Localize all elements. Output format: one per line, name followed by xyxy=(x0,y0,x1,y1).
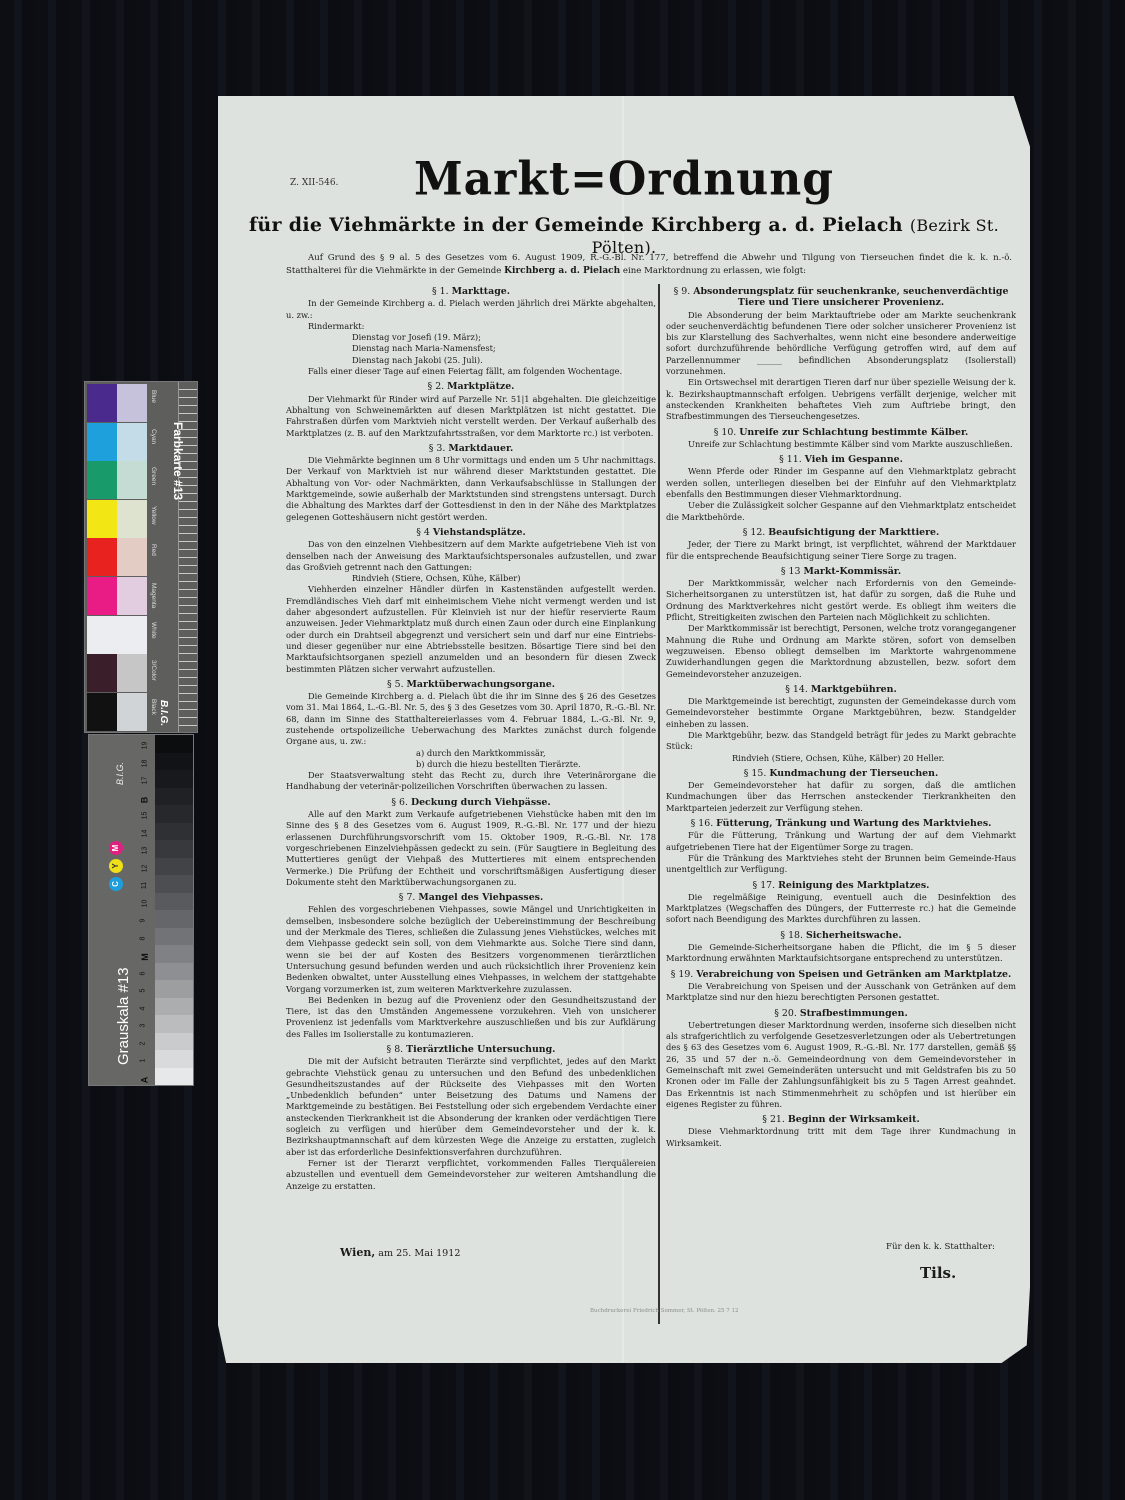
color-patch-label: White xyxy=(150,622,157,639)
grey-step xyxy=(155,788,193,806)
section-title: Beginn der Wirksamkeit. xyxy=(788,1114,920,1125)
grey-step-label: 11 xyxy=(141,882,148,889)
section-number: § 12. xyxy=(743,527,766,538)
section: § 18. Sicherheitswache.Die Gemeinde-Sich… xyxy=(666,930,1016,965)
grey-step-label: 6 xyxy=(139,971,146,975)
section-paragraph: Die Verabreichung von Speisen und der Au… xyxy=(666,981,1016,1004)
signature-name: Tils. xyxy=(920,1264,956,1282)
list-item: Rindvieh (Stiere, Ochsen, Kühe, Kälber) xyxy=(286,573,656,584)
section: § 17. Reinigung des Marktplatzes.Die reg… xyxy=(666,880,1016,926)
section-number: § 16. xyxy=(691,818,714,829)
section-paragraph: Die Viehmärkte beginnen um 8 Uhr vormitt… xyxy=(286,455,656,523)
section: § 11. Vieh im Gespanne.Wenn Pferde oder … xyxy=(666,454,1016,523)
section-paragraph: Die Marktgemeinde ist berechtigt, zuguns… xyxy=(666,696,1016,730)
section: § 15. Kundmachung der Tierseuchen.Der Ge… xyxy=(666,768,1016,814)
grey-step-label: 18 xyxy=(141,759,148,767)
list-item: Dienstag vor Josefi (19. März); xyxy=(286,332,656,343)
color-patch-label: Cyan xyxy=(150,429,157,444)
color-patch xyxy=(87,693,117,731)
section-heading: § 6. Deckung durch Viehpässe. xyxy=(286,797,656,808)
section-paragraph: Die Absonderung der beim Marktauftriebe … xyxy=(666,310,1016,378)
section-number: § 14. xyxy=(785,684,808,695)
grey-step-label: 10 xyxy=(141,899,148,907)
grey-step xyxy=(155,753,193,771)
color-patch-tint xyxy=(117,500,147,538)
color-patch-label: Blue xyxy=(150,390,157,403)
section-paragraph: Ueber die Zulässigkeit solcher Gespanne … xyxy=(666,500,1016,523)
section-paragraph: Die Marktgebühr, bezw. das Standgeld bet… xyxy=(666,730,1016,753)
color-patch xyxy=(87,500,117,538)
grey-step xyxy=(155,805,193,823)
section: § 20. Strafbestimmungen.Uebertretungen d… xyxy=(666,1008,1016,1111)
color-patch xyxy=(87,654,117,692)
section-paragraph: Falls einer dieser Tage auf einen Feiert… xyxy=(286,366,656,377)
section: § 3. Marktdauer.Die Viehmärkte beginnen … xyxy=(286,443,656,523)
section: § 13 Markt-Kommissär.Der Marktkommissär,… xyxy=(666,566,1016,680)
section-number: § 11. xyxy=(779,454,802,465)
section: § 6. Deckung durch Viehpässe.Alle auf de… xyxy=(286,797,656,888)
section-title: Markt-Kommissär. xyxy=(803,566,901,577)
section-heading: § 5. Marktüberwachungsorgane. xyxy=(286,679,656,690)
grey-step-label: 2 xyxy=(139,1041,146,1045)
section-heading: § 7. Mangel des Viehpasses. xyxy=(286,892,656,903)
list-item: a) durch den Marktkommissär, xyxy=(286,748,656,759)
magenta-dot-icon: M xyxy=(109,841,123,855)
section-paragraph: Ein Ortswechsel mit derartigen Tieren da… xyxy=(666,377,1016,422)
grey-step-label: M xyxy=(140,953,150,961)
section-heading: § 21. Beginn der Wirksamkeit. xyxy=(666,1114,1016,1125)
grey-step xyxy=(155,1068,193,1086)
grey-scale-strip xyxy=(155,735,193,1085)
section-title: Marktüberwachungsorgane. xyxy=(407,679,556,690)
section: § 14. Marktgebühren.Die Marktgemeinde is… xyxy=(666,684,1016,764)
grey-step-label: B xyxy=(139,796,149,803)
section-title: Verabreichung von Speisen und Getränken … xyxy=(696,969,1011,980)
list-item: b) durch die hiezu bestellten Tierärzte. xyxy=(286,759,656,770)
section-title: Vieh im Gespanne. xyxy=(805,454,903,465)
section-number: § 9. xyxy=(674,286,691,297)
intro-bold-location: Kirchberg a. d. Pielach xyxy=(504,266,620,276)
section-paragraph: Für die Fütterung, Tränkung und Wartung … xyxy=(666,830,1016,853)
section-heading: § 15. Kundmachung der Tierseuchen. xyxy=(666,768,1016,779)
section-paragraph: In der Gemeinde Kirchberg a. d. Pielach … xyxy=(286,298,656,321)
section-paragraph: Die Gemeinde Kirchberg a. d. Pielach übt… xyxy=(286,691,656,747)
section: § 1. Markttage.In der Gemeinde Kirchberg… xyxy=(286,286,656,377)
section-heading: § 14. Marktgebühren. xyxy=(666,684,1016,695)
section-paragraph: Fehlen des vorgeschriebenen Viehpasses, … xyxy=(286,904,656,994)
color-patch-tint xyxy=(117,538,147,576)
grey-step xyxy=(155,945,193,963)
section-paragraph: Alle auf den Markt zum Verkaufe aufgetri… xyxy=(286,809,656,888)
section-heading: § 17. Reinigung des Marktplatzes. xyxy=(666,880,1016,891)
section-paragraph: Unreife zur Schlachtung bestimmte Kälber… xyxy=(666,439,1016,450)
section-title: Absonderungsplatz für seuchenkranke, seu… xyxy=(693,286,1008,308)
section-number: § 10. xyxy=(714,427,737,438)
yellow-dot-icon: Y xyxy=(109,859,123,873)
grey-step-label: 12 xyxy=(141,864,148,872)
section-heading: § 18. Sicherheitswache. xyxy=(666,930,1016,941)
grey-step xyxy=(155,980,193,998)
section-title: Tierärztliche Untersuchung. xyxy=(406,1044,555,1055)
section-heading: § 20. Strafbestimmungen. xyxy=(666,1008,1016,1019)
grey-step xyxy=(155,875,193,893)
date: am 25. Mai 1912 xyxy=(378,1248,460,1259)
color-patch xyxy=(87,538,117,576)
section-number: § 15. xyxy=(744,768,767,779)
section-title: Fütterung, Tränkung und Wartung des Mark… xyxy=(716,818,991,829)
grey-step xyxy=(155,770,193,788)
section: § 19. Verabreichung von Speisen und Getr… xyxy=(666,969,1016,1004)
grey-step-label: 13 xyxy=(141,847,148,855)
section-heading: § 1. Markttage. xyxy=(286,286,656,297)
section-number: § 18. xyxy=(780,930,803,941)
section: § 10. Unreife zur Schlachtung bestimmte … xyxy=(666,427,1016,451)
section-title: Unreife zur Schlachtung bestimmte Kälber… xyxy=(739,427,968,438)
grey-step xyxy=(155,1033,193,1051)
list-item: Rindvieh (Stiere, Ochsen, Kühe, Kälber) … xyxy=(666,753,1016,764)
list-item: Dienstag nach Maria-Namensfest; xyxy=(286,343,656,354)
section-title: Marktdauer. xyxy=(448,443,513,454)
grey-step-label: A xyxy=(139,1076,149,1083)
right-column: § 9. Absonderungsplatz für seuchenkranke… xyxy=(666,286,1016,1153)
section-heading: § 16. Fütterung, Tränkung und Wartung de… xyxy=(666,818,1016,829)
place: Wien, xyxy=(340,1246,375,1259)
section-paragraph: Bei Bedenken in bezug auf die Provenienz… xyxy=(286,995,656,1040)
section-number: § 4 xyxy=(416,527,430,538)
section-title: Markttage. xyxy=(452,286,510,297)
list-item: Dienstag nach Jakobi (25. Juli). xyxy=(286,355,656,366)
color-patch-label: Red xyxy=(150,544,157,556)
cyan-dot-icon: C xyxy=(109,877,123,891)
color-patch-label: Yellow xyxy=(150,506,157,525)
place-and-date: Wien, am 25. Mai 1912 xyxy=(340,1246,460,1259)
section-paragraph: Der Staatsverwaltung steht das Recht zu,… xyxy=(286,770,656,793)
document-sheet: Z. XII-546. Markt=Ordnung für die Viehmä… xyxy=(218,96,1030,1363)
color-patch xyxy=(87,461,117,499)
section-number: § 13 xyxy=(781,566,801,577)
section-heading: § 13 Markt-Kommissär. xyxy=(666,566,1016,577)
section: § 8. Tierärztliche Untersuchung.Die mit … xyxy=(286,1044,656,1192)
grey-step-label: 15 xyxy=(141,812,148,820)
color-patch-label: Magenta xyxy=(150,583,157,608)
document-title: Markt=Ordnung xyxy=(218,153,1030,207)
section: § 5. Marktüberwachungsorgane.Die Gemeind… xyxy=(286,679,656,793)
grey-step xyxy=(155,840,193,858)
section: § 7. Mangel des Viehpasses.Fehlen des vo… xyxy=(286,892,656,1040)
section-number: § 20. xyxy=(774,1008,797,1019)
color-patch-label: 3/Color xyxy=(150,660,157,681)
intro-paragraph: Auf Grund des § 9 al. 5 des Gesetzes vom… xyxy=(286,252,1012,278)
grey-step-label: 5 xyxy=(139,989,146,993)
grey-step-label: 19 xyxy=(141,742,148,750)
section-heading: § 19. Verabreichung von Speisen und Getr… xyxy=(666,969,1016,980)
color-patch-label: Black xyxy=(150,699,157,715)
section-title: Sicherheitswache. xyxy=(806,930,902,941)
section-heading: § 8. Tierärztliche Untersuchung. xyxy=(286,1044,656,1055)
color-patch-tint xyxy=(117,384,147,422)
section-number: § 17. xyxy=(753,880,776,891)
section: § 16. Fütterung, Tränkung und Wartung de… xyxy=(666,818,1016,875)
color-card-brand: B.I.G. xyxy=(158,700,169,726)
color-patch-tint xyxy=(117,577,147,615)
section-title: Mangel des Viehpasses. xyxy=(418,892,543,903)
section-paragraph: Die Gemeinde-Sicherheitsorgane haben die… xyxy=(666,942,1016,965)
left-column: § 1. Markttage.In der Gemeinde Kirchberg… xyxy=(286,286,656,1196)
grey-step xyxy=(155,928,193,946)
section-paragraph: Die regelmäßige Reinigung, eventuell auc… xyxy=(666,892,1016,926)
section-paragraph: Das von den einzelnen Viehbesitzern auf … xyxy=(286,539,656,573)
color-patch-label: Green xyxy=(150,467,157,485)
grey-step-label: 8 xyxy=(139,936,146,940)
color-card-title: Farbkarte #13 xyxy=(171,422,185,500)
section-paragraph: Uebertretungen dieser Marktordnung werde… xyxy=(666,1020,1016,1110)
color-patch xyxy=(87,577,117,615)
grey-step xyxy=(155,998,193,1016)
section-number: § 2. xyxy=(428,381,445,392)
color-patch xyxy=(87,384,117,422)
color-patch xyxy=(87,423,117,461)
printer-imprint: Buchdruckerei Friedrich Sommer, St. Pölt… xyxy=(590,1308,739,1314)
section-heading: § 9. Absonderungsplatz für seuchenkranke… xyxy=(666,286,1016,309)
section-heading: § 4 Viehstandsplätze. xyxy=(286,527,656,538)
grey-card-brand: B.I.G. xyxy=(115,762,125,785)
section-paragraph: Viehherden einzelner Händler dürfen in K… xyxy=(286,584,656,674)
grey-step xyxy=(155,1050,193,1068)
grey-step-label: 3 xyxy=(139,1024,146,1028)
section-number: § 19. xyxy=(671,969,694,980)
grey-step-label: 14 xyxy=(141,829,148,837)
grey-step xyxy=(155,963,193,981)
grey-step xyxy=(155,858,193,876)
section-number: § 1. xyxy=(432,286,449,297)
section-paragraph: Ferner ist der Tierarzt verpflichtet, vo… xyxy=(286,1158,656,1192)
section-paragraph: Die mit der Aufsicht betrauten Tierärzte… xyxy=(286,1056,656,1158)
section-paragraph: Diese Viehmarktordnung tritt mit dem Tag… xyxy=(666,1126,1016,1149)
subtitle-main: für die Viehmärkte in der Gemeinde Kirch… xyxy=(249,214,903,236)
section-paragraph: Der Marktkommissär ist berechtigt, Perso… xyxy=(666,623,1016,679)
grey-step-label: 1 xyxy=(139,1059,146,1063)
section: § 12. Beaufsichtigung der Markttiere.Jed… xyxy=(666,527,1016,562)
section-title: Marktgebühren. xyxy=(811,684,897,695)
intro-text-2: eine Marktordnung zu erlassen, wie folgt… xyxy=(623,266,806,276)
section-number: § 7. xyxy=(399,892,416,903)
color-calibration-card: Farbkarte #13 B.I.G. BlueCyanGreenYellow… xyxy=(84,381,198,733)
color-patch-tint xyxy=(117,461,147,499)
section-title: Deckung durch Viehpässe. xyxy=(411,797,551,808)
color-patch-tint xyxy=(117,423,147,461)
section-number: § 21. xyxy=(762,1114,785,1125)
grey-step-label: 4 xyxy=(139,1006,146,1010)
section-title: Strafbestimmungen. xyxy=(800,1008,908,1019)
column-divider xyxy=(658,284,660,1324)
for-governor-line: Für den k. k. Statthalter: xyxy=(886,1242,995,1252)
section-paragraph: Für die Tränkung des Marktviehes steht d… xyxy=(666,853,1016,876)
list-label: Rindermarkt: xyxy=(286,321,656,332)
section-paragraph: Der Gemeindevorsteher hat dafür zu sorge… xyxy=(666,780,1016,814)
section-title: Beaufsichtigung der Markttiere. xyxy=(768,527,939,538)
section-title: Marktplätze. xyxy=(447,381,514,392)
section-paragraph: Wenn Pferde oder Rinder im Gespanne auf … xyxy=(666,466,1016,500)
section-number: § 3. xyxy=(429,443,446,454)
grey-step xyxy=(155,823,193,841)
section-paragraph: Der Viehmarkt für Rinder wird auf Parzel… xyxy=(286,394,656,439)
grey-step xyxy=(155,735,193,753)
grey-step-label: 17 xyxy=(141,777,148,785)
section-paragraph: Der Marktkommissär, welcher nach Erforde… xyxy=(666,578,1016,623)
section: § 4 Viehstandsplätze.Das von den einzeln… xyxy=(286,527,656,675)
section: § 21. Beginn der Wirksamkeit.Diese Viehm… xyxy=(666,1114,1016,1149)
grey-step xyxy=(155,910,193,928)
section-number: § 6. xyxy=(391,797,408,808)
grey-step xyxy=(155,893,193,911)
section-heading: § 3. Marktdauer. xyxy=(286,443,656,454)
section: § 9. Absonderungsplatz für seuchenkranke… xyxy=(666,286,1016,423)
section-heading: § 11. Vieh im Gespanne. xyxy=(666,454,1016,465)
grey-card-title: Grauskala #13 xyxy=(115,967,132,1065)
grey-step-label: 9 xyxy=(139,919,146,923)
color-patch-tint xyxy=(117,616,147,654)
color-patch xyxy=(87,616,117,654)
section-title: Kundmachung der Tierseuchen. xyxy=(769,768,938,779)
section-number: § 8. xyxy=(387,1044,404,1055)
section-number: § 5. xyxy=(387,679,404,690)
section-heading: § 10. Unreife zur Schlachtung bestimmte … xyxy=(666,427,1016,438)
section-heading: § 2. Marktplätze. xyxy=(286,381,656,392)
grey-scale-card: Grauskala #13 B.I.G. M Y C A123456M89101… xyxy=(88,734,194,1086)
section-title: Viehstandsplätze. xyxy=(433,527,526,538)
color-patch-tint xyxy=(117,693,147,731)
section: § 2. Marktplätze.Der Viehmarkt für Rinde… xyxy=(286,381,656,438)
section-title: Reinigung des Marktplatzes. xyxy=(778,880,929,891)
section-heading: § 12. Beaufsichtigung der Markttiere. xyxy=(666,527,1016,538)
section-paragraph: Jeder, der Tiere zu Markt bringt, ist ve… xyxy=(666,539,1016,562)
color-patch-tint xyxy=(117,654,147,692)
grey-step xyxy=(155,1015,193,1033)
